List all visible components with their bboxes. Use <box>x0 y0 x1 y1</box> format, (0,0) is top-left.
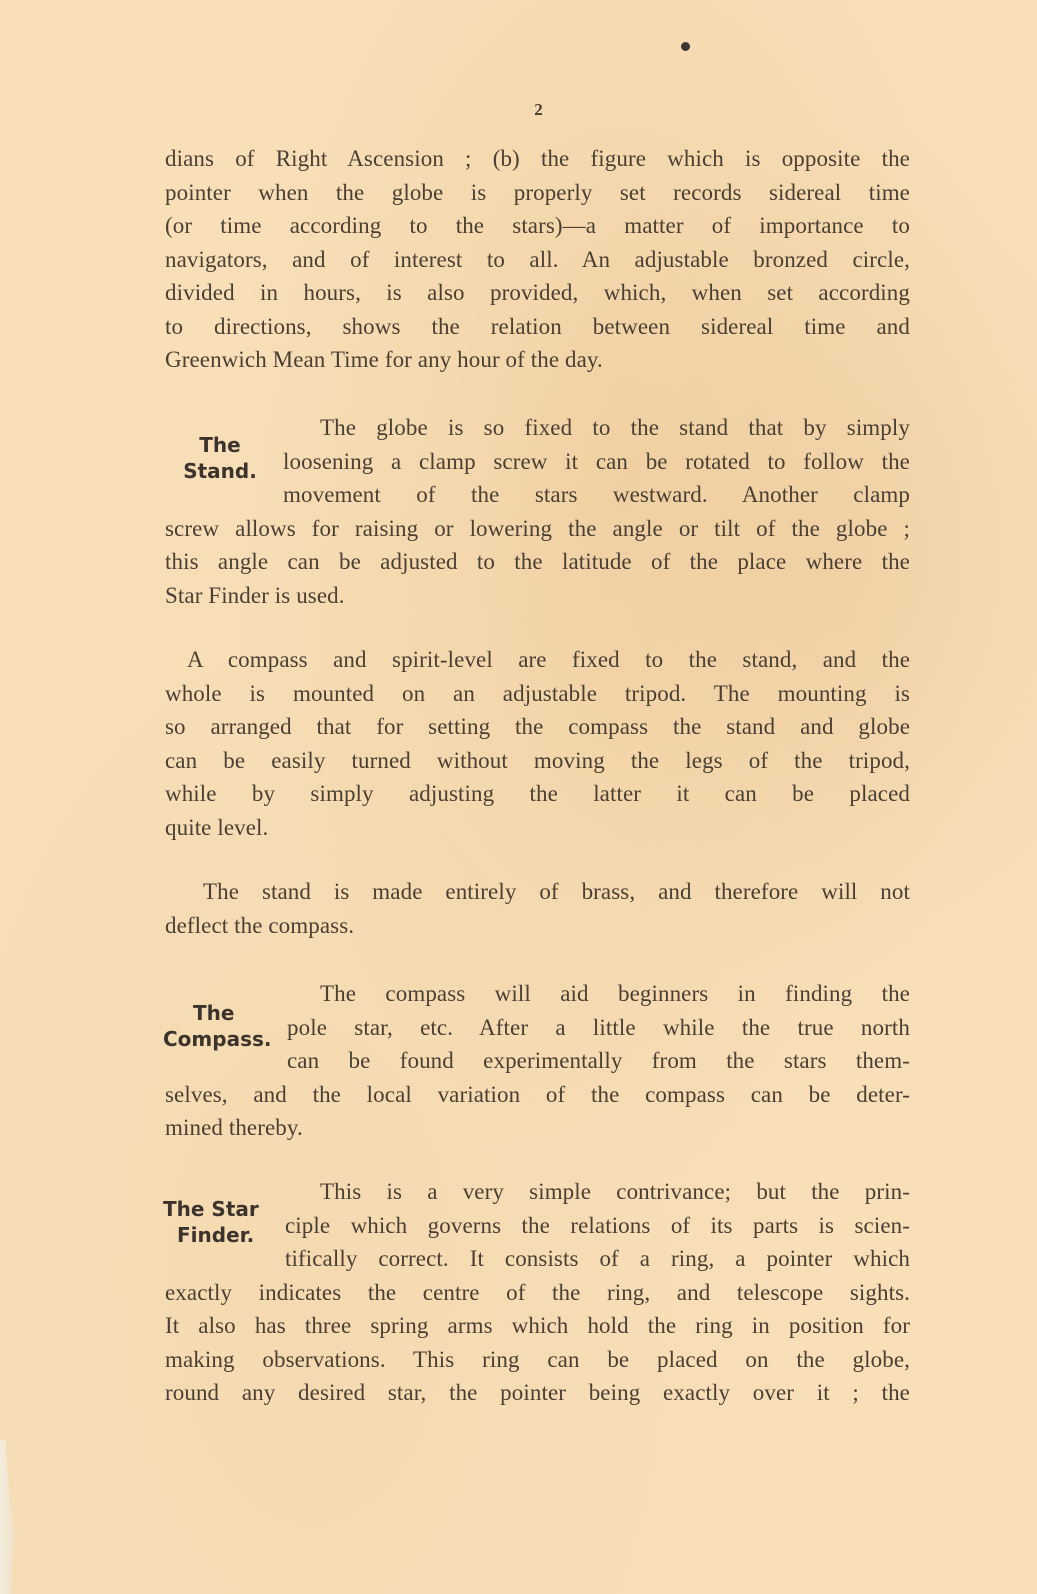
paragraph-the-compass: The compass will aid beginners in findin… <box>165 977 910 1145</box>
torn-edge <box>0 1440 14 1594</box>
text-line: can be easily turned without moving the … <box>165 744 910 778</box>
text-line: to directions, shows the relation betwee… <box>165 310 910 344</box>
paragraph-brass-stand: The stand is made entirely of brass, and… <box>165 875 910 942</box>
paragraph-intro-continuation: dians of Right Ascension ; (b) the figur… <box>165 142 910 377</box>
text-line: this angle can be adjusted to the latitu… <box>165 545 910 579</box>
text-line: Greenwich Mean Time for any hour of the … <box>165 343 910 377</box>
text-line: exactly indicates the centre of the ring… <box>165 1276 910 1310</box>
text-line: mined thereby. <box>165 1111 910 1145</box>
text-line: The globe is so fixed to the stand that … <box>165 411 910 445</box>
text-line: so arranged that for setting the compass… <box>165 710 910 744</box>
text-line: making observations. This ring can be pl… <box>165 1343 910 1377</box>
text-line: It also has three spring arms which hold… <box>165 1309 910 1343</box>
text-line: Star Finder is used. <box>165 579 910 613</box>
text-line: pole star, etc. After a little while the… <box>165 1011 910 1045</box>
text-line: can be found experimentally from the sta… <box>165 1044 910 1078</box>
text-line: screw allows for raising or lowering the… <box>165 512 910 546</box>
text-line: ciple which governs the relations of its… <box>165 1209 910 1243</box>
text-line: tifically correct. It consists of a ring… <box>165 1242 910 1276</box>
text-line: quite level. <box>165 811 910 845</box>
text-line: The stand is made entirely of brass, and… <box>165 875 910 909</box>
text-line: round any desired star, the pointer bein… <box>165 1376 910 1410</box>
text-line: deflect the compass. <box>165 909 910 943</box>
ink-dot-mark <box>681 42 690 51</box>
text-line: This is a very simple contrivance; but t… <box>165 1175 910 1209</box>
paragraph-the-star-finder: This is a very simple contrivance; but t… <box>165 1175 910 1410</box>
text-line: (or time according to the stars)—a matte… <box>165 209 910 243</box>
document-page: 2 dians of Right Ascension ; (b) the fig… <box>0 0 1037 1594</box>
text-line: pointer when the globe is properly set r… <box>165 176 910 210</box>
text-line: selves, and the local variation of the c… <box>165 1078 910 1112</box>
text-line: while by simply adjusting the latter it … <box>165 777 910 811</box>
text-line: dians of Right Ascension ; (b) the figur… <box>165 142 910 176</box>
text-line: A compass and spirit-level are fixed to … <box>165 643 910 677</box>
text-line: whole is mounted on an adjustable tripod… <box>165 677 910 711</box>
paragraph-compass-and-level: A compass and spirit-level are fixed to … <box>165 643 910 844</box>
text-line: navigators, and of interest to all. An a… <box>165 243 910 277</box>
text-line: loosening a clamp screw it can be rotate… <box>165 445 910 479</box>
text-line: divided in hours, is also provided, whic… <box>165 276 910 310</box>
text-line: movement of the stars westward. Another … <box>165 478 910 512</box>
paragraph-the-stand: The globe is so fixed to the stand that … <box>165 411 910 612</box>
text-line: The compass will aid beginners in findin… <box>165 977 910 1011</box>
page-number: 2 <box>0 100 1037 120</box>
